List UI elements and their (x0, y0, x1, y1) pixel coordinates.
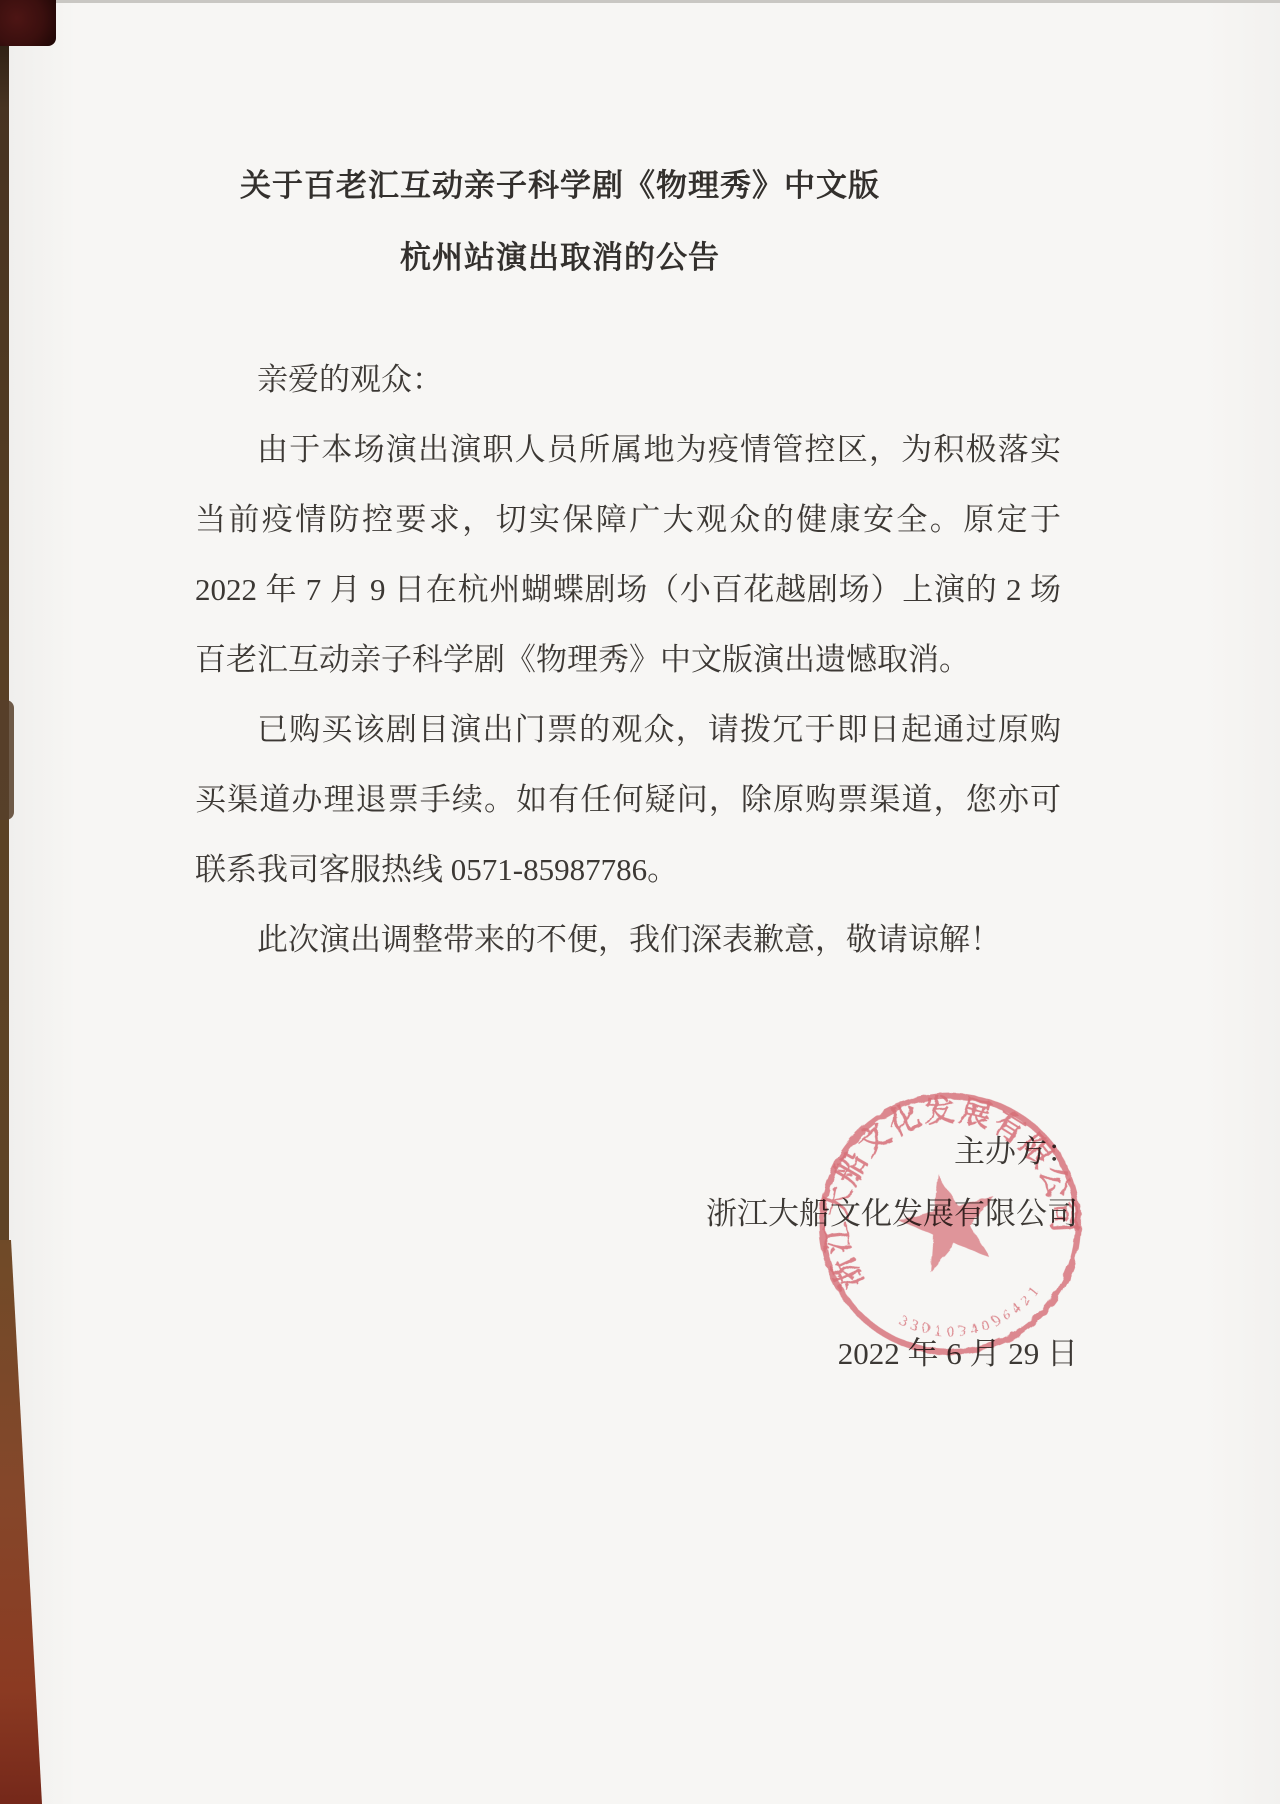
stamp-serial-number: 3301034096421 (893, 1278, 1052, 1355)
scanned-letter-page: 关于百老汇互动亲子科学剧《物理秀》中文版 杭州站演出取消的公告 亲爱的观众： 由… (0, 0, 1280, 1804)
scan-left-edge-smudge (0, 700, 14, 820)
letter-title: 关于百老汇互动亲子科学剧《物理秀》中文版 杭州站演出取消的公告 (0, 150, 1120, 294)
company-seal-stamp: 浙江大船文化发展有限公司 3301034096421 (795, 1069, 1105, 1379)
paragraph-2: 已购买该剧目演出门票的观众，请拨冗于即日起通过原购买渠道办理退票手续。如有任何疑… (195, 695, 1061, 905)
scan-top-left-corner-mark (0, 0, 56, 46)
svg-text:3301034096421: 3301034096421 (893, 1278, 1052, 1355)
stamp-star-icon (889, 1162, 1008, 1277)
scan-top-edge-line (40, 0, 1280, 3)
title-line-2: 杭州站演出取消的公告 (0, 222, 1120, 294)
paragraph-1: 由于本场演出演职人员所属地为疫情管控区，为积极落实当前疫情防控要求，切实保障广大… (195, 415, 1061, 695)
scan-bottom-left-corner-mark (0, 1240, 46, 1804)
paragraph-3: 此次演出调整带来的不便，我们深表歉意，敬请谅解！ (195, 905, 1061, 975)
title-line-1: 关于百老汇互动亲子科学剧《物理秀》中文版 (0, 150, 1120, 222)
letter-body: 亲爱的观众： 由于本场演出演职人员所属地为疫情管控区，为积极落实当前疫情防控要求… (195, 345, 1061, 975)
salutation: 亲爱的观众： (195, 345, 1061, 415)
